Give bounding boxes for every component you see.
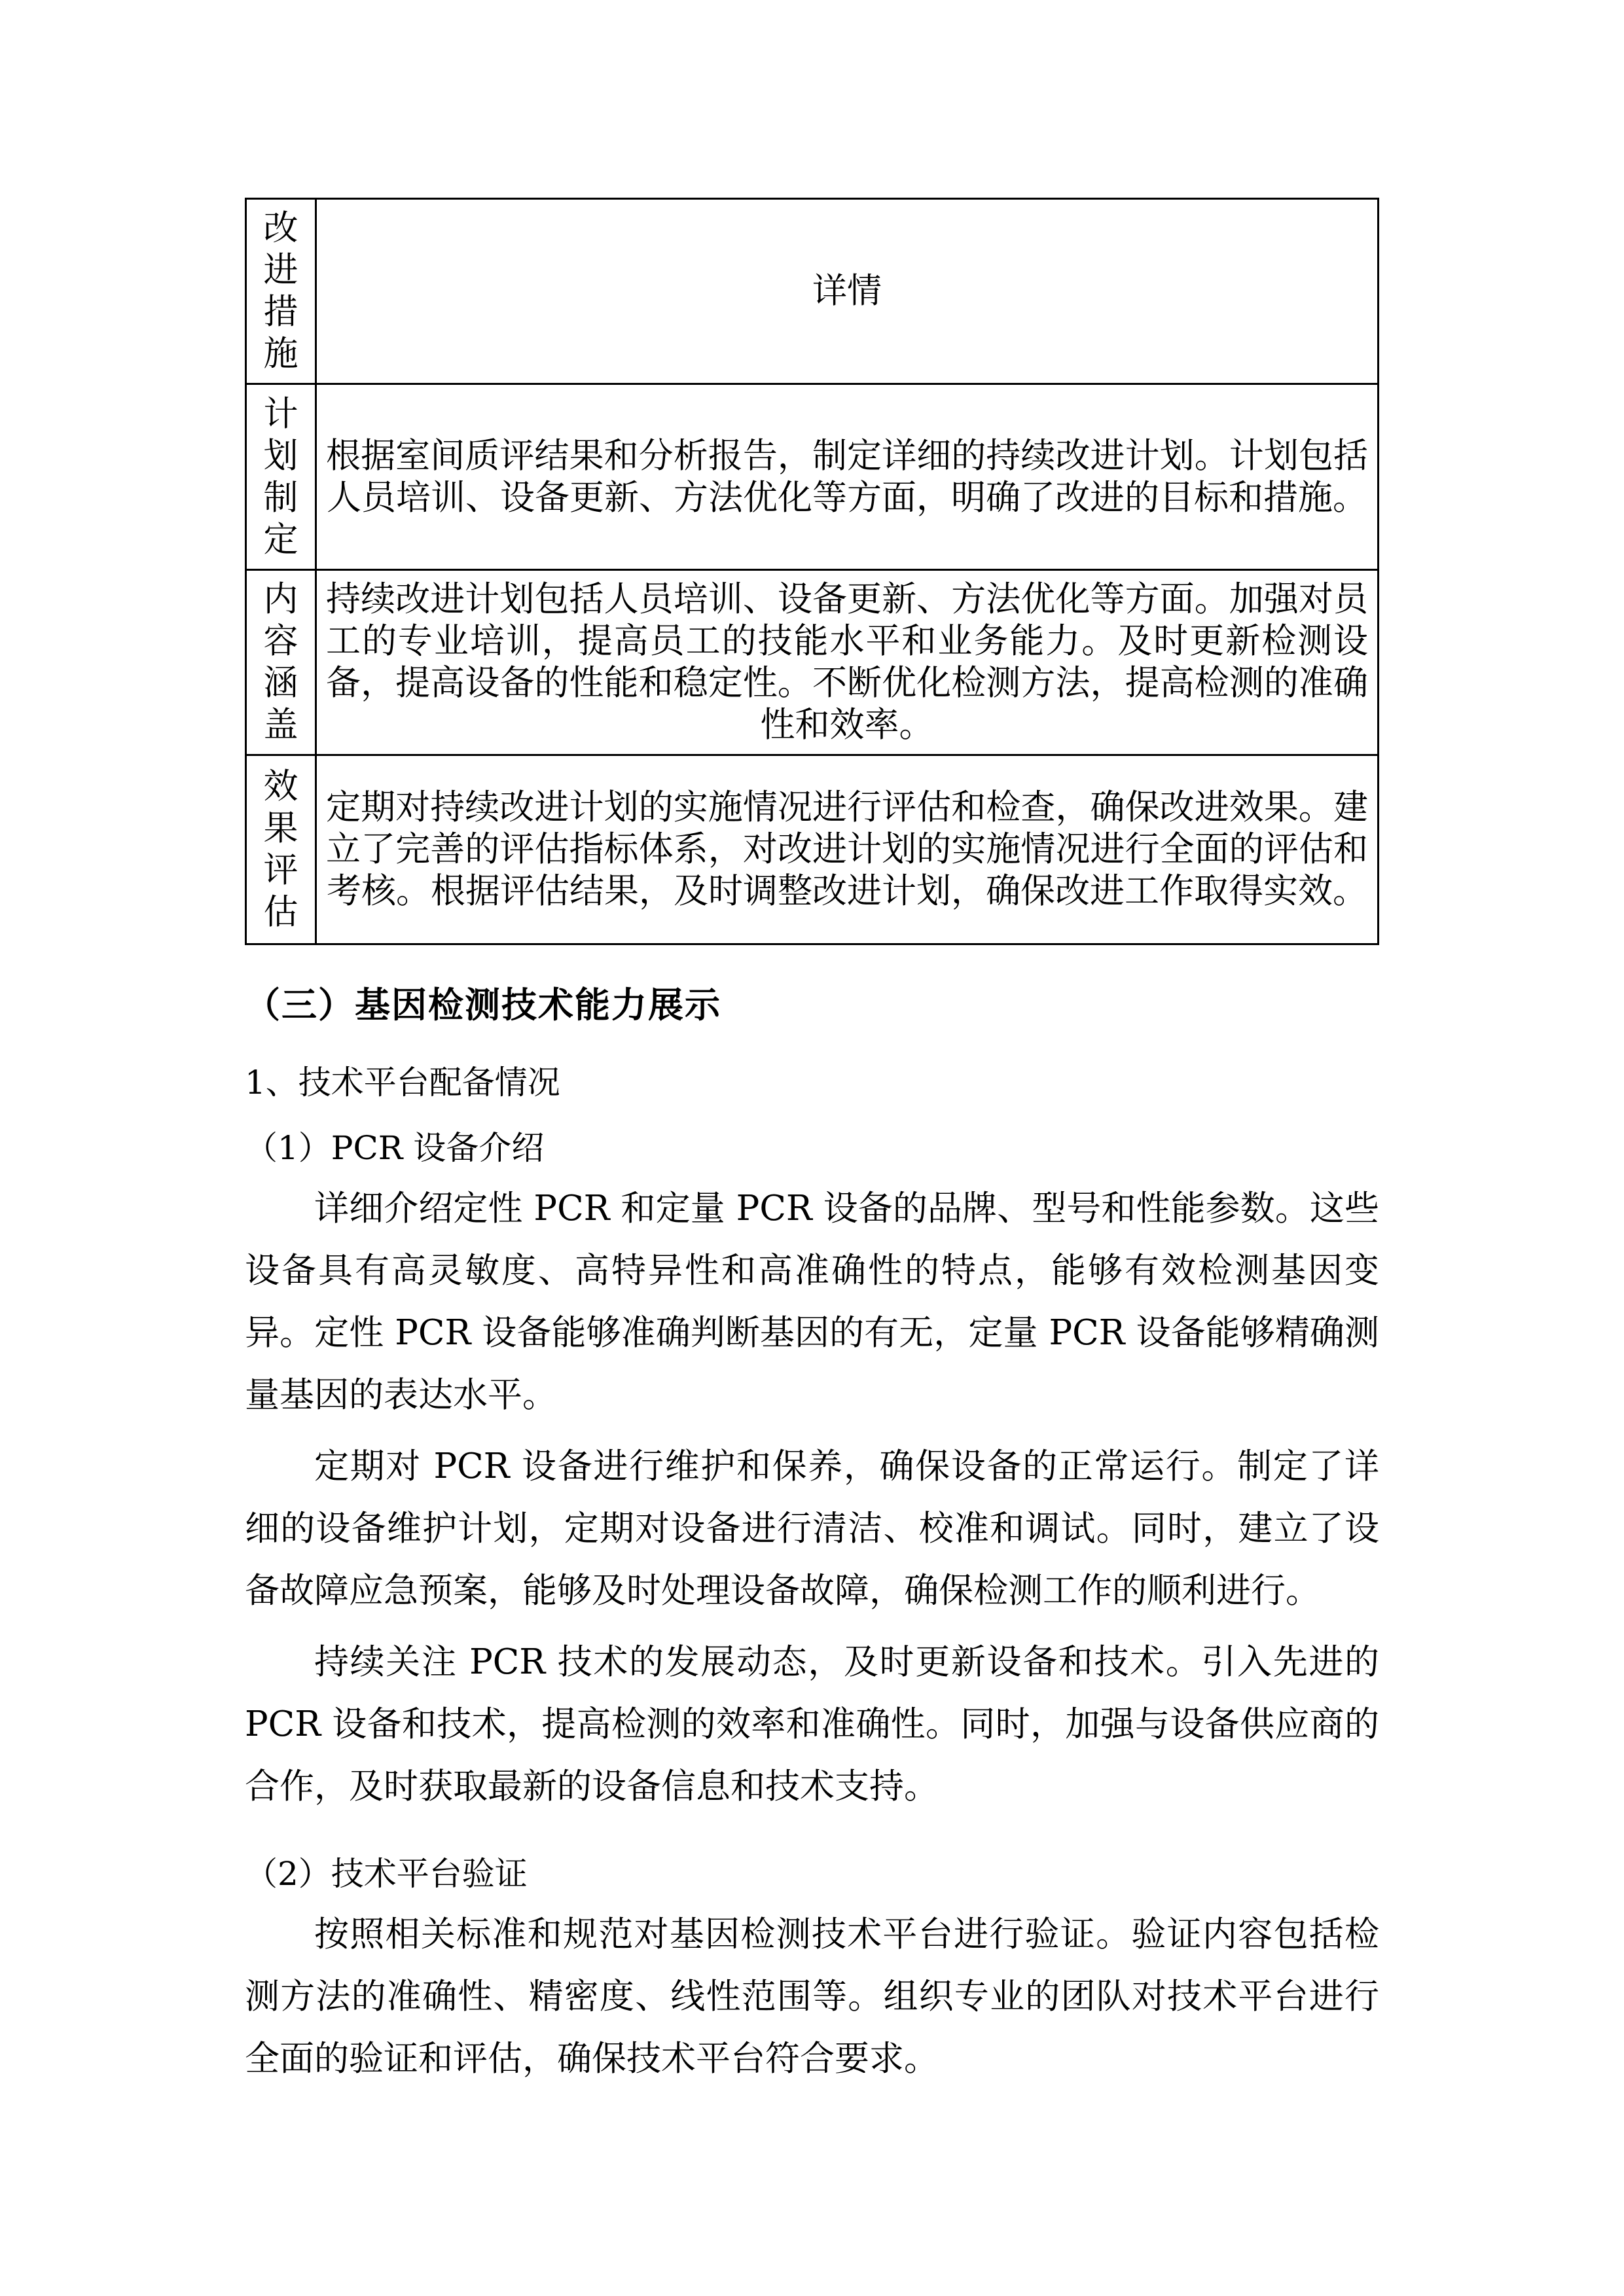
subsubsection-title-pcr-equipment: （1）PCR 设备介绍 bbox=[245, 1128, 1379, 1168]
table-header-detail: 详情 bbox=[316, 199, 1379, 384]
table-row: 效果评估 定期对持续改进计划的实施情况进行评估和检查，确保改进效果。建立了完善的… bbox=[246, 755, 1379, 944]
table-row-detail-plan: 根据室间质评结果和分析报告，制定详细的持续改进计划。计划包括人员培训、设备更新、… bbox=[316, 384, 1379, 570]
table-header-row: 改进措施 详情 bbox=[246, 199, 1379, 384]
table-row-label-effect: 效果评估 bbox=[246, 755, 316, 944]
subsection-title-platform-config: 1、技术平台配备情况 bbox=[245, 1062, 1379, 1103]
table-row: 计划制定 根据室间质评结果和分析报告，制定详细的持续改进计划。计划包括人员培训、… bbox=[246, 384, 1379, 570]
table-row: 内容涵盖 持续改进计划包括人员培训、设备更新、方法优化等方面。加强对员工的专业培… bbox=[246, 570, 1379, 755]
document-page: 改进措施 详情 计划制定 根据室间质评结果和分析报告，制定详细的持续改进计划。计… bbox=[0, 0, 1624, 2296]
section-heading-gene-testing: （三）基因检测技术能力展示 bbox=[245, 981, 1379, 1028]
table-row-detail-effect: 定期对持续改进计划的实施情况进行评估和检查，确保改进效果。建立了完善的评估指标体… bbox=[316, 755, 1379, 944]
paragraph-pcr-technology-updates: 持续关注 PCR 技术的发展动态，及时更新设备和技术。引入先进的 PCR 设备和… bbox=[245, 1631, 1379, 1818]
paragraph-pcr-equipment-intro: 详细介绍定性 PCR 和定量 PCR 设备的品牌、型号和性能参数。这些设备具有高… bbox=[245, 1177, 1379, 1426]
table-header-measure: 改进措施 bbox=[246, 199, 316, 384]
table-row-detail-content: 持续改进计划包括人员培训、设备更新、方法优化等方面。加强对员工的专业培训，提高员… bbox=[316, 570, 1379, 755]
paragraph-platform-validation: 按照相关标准和规范对基因检测技术平台进行验证。验证内容包括检测方法的准确性、精密… bbox=[245, 1903, 1379, 2090]
subsubsection-title-platform-validation: （2）技术平台验证 bbox=[245, 1854, 1379, 1894]
table-row-label-plan: 计划制定 bbox=[246, 384, 316, 570]
paragraph-pcr-maintenance: 定期对 PCR 设备进行维护和保养，确保设备的正常运行。制定了详细的设备维护计划… bbox=[245, 1435, 1379, 1622]
improvement-measures-table: 改进措施 详情 计划制定 根据室间质评结果和分析报告，制定详细的持续改进计划。计… bbox=[245, 198, 1379, 945]
table-row-label-content: 内容涵盖 bbox=[246, 570, 316, 755]
